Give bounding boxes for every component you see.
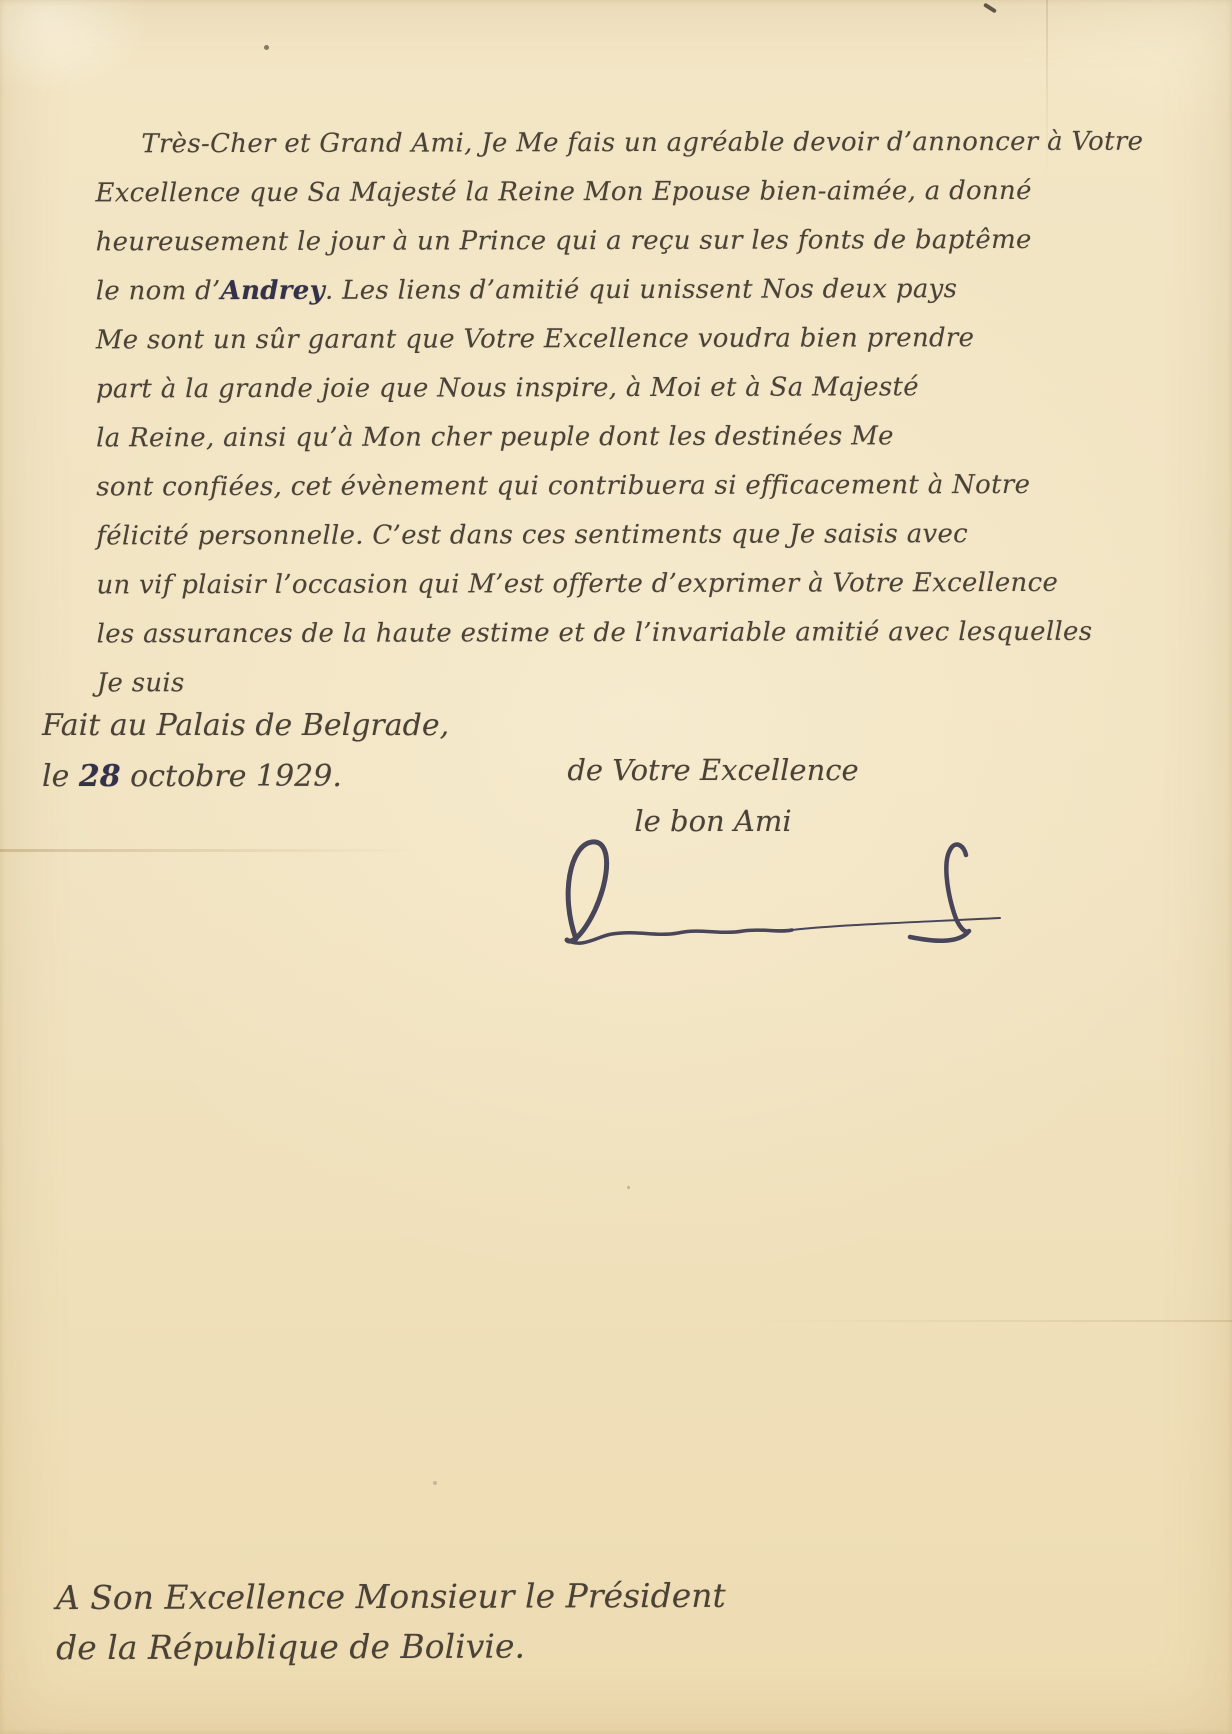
address-line-2: de la République de Bolivie.: [56, 1621, 726, 1673]
name-line-suffix: . Les liens d’amitié qui unissent Nos de…: [325, 274, 957, 306]
paper-speck: [627, 1186, 630, 1189]
body-line: Excellence que Sa Majesté la Reine Mon E…: [95, 167, 1157, 219]
prince-name-handwritten: Andrey: [221, 276, 325, 306]
body-line: les assurances de la haute estime et de …: [97, 608, 1159, 660]
body-line: Très-Cher et Grand Ami, Je Me fais un ag…: [95, 118, 1157, 170]
dateline-block: Fait au Palais de Belgrade, le 28 octobr…: [42, 700, 449, 802]
letter-page: Très-Cher et Grand Ami, Je Me fais un ag…: [0, 0, 1232, 1734]
body-line: sont confiées, cet évènement qui contrib…: [96, 461, 1158, 513]
date-day-handwritten: 28: [79, 759, 121, 794]
letter-body: Très-Cher et Grand Ami, Je Me fais un ag…: [95, 118, 1159, 709]
body-line: heureusement le jour à un Prince qui a r…: [95, 216, 1157, 268]
body-line-prince-name: le nom d’Andrey. Les liens d’amitié qui …: [96, 265, 1158, 317]
paper-fold-crease: [0, 849, 420, 852]
paper-speck: [433, 1481, 437, 1485]
date-suffix: octobre 1929.: [121, 759, 342, 794]
place-line: Fait au Palais de Belgrade,: [42, 700, 449, 751]
paper-fold-crease: [752, 1320, 1232, 1322]
body-line: félicité personnelle. C’est dans ces sen…: [96, 510, 1158, 562]
valediction-line-1: de Votre Excellence: [558, 745, 868, 796]
address-line-1: A Son Excellence Monsieur le Président: [56, 1571, 726, 1623]
signature-icon: [538, 833, 1018, 953]
body-line: un vif plaisir l’occasion qui M’est offe…: [96, 559, 1158, 611]
date-line: le 28 octobre 1929.: [42, 751, 449, 802]
body-line: part à la grande joie que Nous inspire, …: [96, 363, 1158, 415]
address-block: A Son Excellence Monsieur le Président d…: [56, 1571, 726, 1673]
name-line-prefix: le nom d’: [96, 276, 221, 306]
royal-signature: [538, 833, 1018, 953]
body-line: Me sont un sûr garant que Votre Excellen…: [96, 314, 1158, 366]
paper-speck: [983, 3, 997, 14]
paper-speck: [264, 45, 269, 50]
valediction-block: de Votre Excellence le bon Ami: [558, 745, 868, 847]
date-prefix: le: [42, 759, 79, 794]
body-line: la Reine, ainsi qu’à Mon cher peuple don…: [96, 412, 1158, 464]
